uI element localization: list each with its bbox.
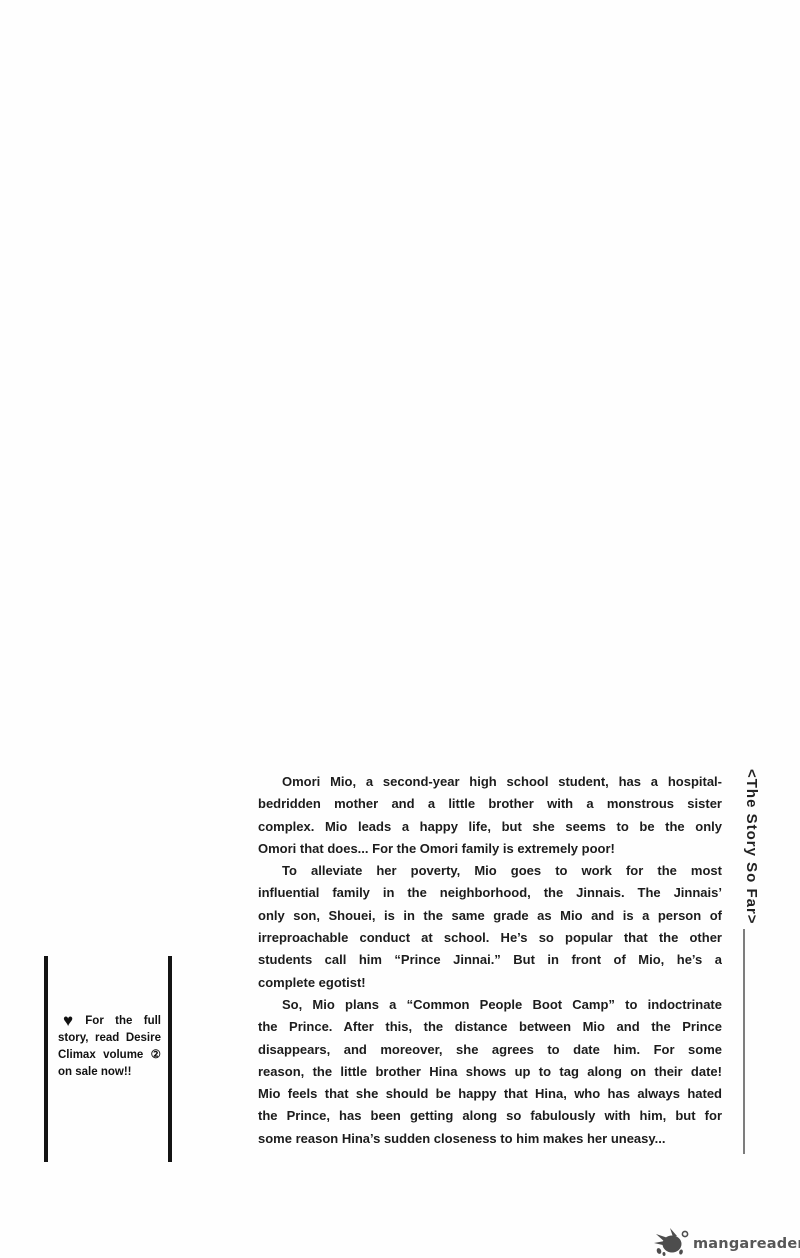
story-line: the Prince. After this, the distance bet… <box>258 1016 722 1038</box>
story-line: influential family in the neighborhood, … <box>258 882 722 904</box>
manga-story-page: <The Story So Far> Omori Mio, a second-y… <box>0 0 800 1258</box>
story-line: So, Mio plans a “Common People Boot Camp… <box>258 994 722 1016</box>
story-so-far-vertical-label: <The Story So Far> <box>728 761 760 933</box>
vertical-rule <box>743 929 745 1154</box>
story-line: some reason Hina’s sudden closeness to h… <box>258 1128 722 1150</box>
watermark: mangareader.net <box>650 1226 800 1256</box>
story-text-block: Omori Mio, a second-year high school stu… <box>258 771 722 1150</box>
story-line: only son, Shouei, is in the same grade a… <box>258 905 722 927</box>
promo-line: Climax volume ② <box>58 1047 161 1064</box>
promo-line: story, read Desire <box>58 1030 161 1047</box>
promo-line: ♥For the full <box>58 1012 161 1030</box>
story-line: complete egotist! <box>258 972 722 994</box>
promo-text: ♥For the fullstory, read DesireClimax vo… <box>58 1012 161 1081</box>
watermark-text: mangareader.net <box>693 1236 800 1256</box>
story-line: Omori that does... For the Omori family … <box>258 838 722 860</box>
story-line: Mio feels that she should be happy that … <box>258 1083 722 1105</box>
heart-icon: ♥ <box>58 1011 85 1030</box>
story-line: Omori Mio, a second-year high school stu… <box>258 771 722 793</box>
story-line: bedridden mother and a little brother wi… <box>258 793 722 815</box>
promo-box: ♥For the fullstory, read DesireClimax vo… <box>44 956 172 1162</box>
story-line: students call him “Prince Jinnai.” But i… <box>258 949 722 971</box>
mangareader-logo-icon <box>650 1226 692 1256</box>
story-line: To alleviate her poverty, Mio goes to wo… <box>258 860 722 882</box>
story-line: reason, the little brother Hina shows up… <box>258 1061 722 1083</box>
story-line: complex. Mio leads a happy life, but she… <box>258 816 722 838</box>
story-line: disappears, and moreover, she agrees to … <box>258 1039 722 1061</box>
story-line: irreproachable conduct at school. He’s s… <box>258 927 722 949</box>
promo-line: on sale now!! <box>58 1064 161 1081</box>
story-line: the Prince, has been getting along so fa… <box>258 1105 722 1127</box>
